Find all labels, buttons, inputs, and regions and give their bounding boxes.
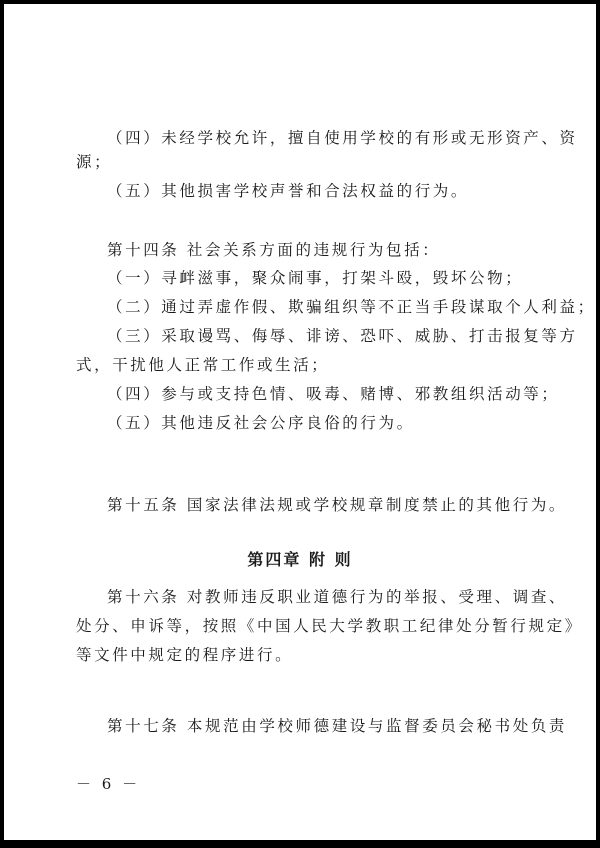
clause-14-item-2: （二）通过弄虚作假、欺骗组织等不正当手段谋取个人利益； <box>107 297 596 317</box>
document-page: （四）未经学校允许，擅自使用学校的有形或无形资产、资 源； （五）其他损害学校声… <box>4 4 596 840</box>
clause-15: 第十五条 国家法律法规或学校规章制度禁止的其他行为。 <box>107 495 567 515</box>
clause-13-item-4-line-1: （四）未经学校允许，擅自使用学校的有形或无形资产、资 <box>107 128 578 148</box>
clause-17-line-1: 第十七条 本规范由学校师德建设与监督委员会秘书处负责 <box>107 716 567 736</box>
clause-14-item-3-line-1: （三）采取谩骂、侮辱、诽谤、恐吓、威胁、打击报复等方 <box>107 326 578 346</box>
clause-14-item-3-line-2: 式，干扰他人正常工作或生活； <box>76 355 329 375</box>
clause-14-title: 第十四条 社会关系方面的违规行为包括： <box>107 240 440 260</box>
clause-14-item-1: （一）寻衅滋事，聚众闹事，打架斗殴，毁坏公物； <box>107 268 523 288</box>
page-number: － 6 － <box>76 774 140 794</box>
clause-13-item-4-line-2: 源； <box>76 152 112 172</box>
clause-16-line-1: 第十六条 对教师违反职业道德行为的举报、受理、调查、 <box>107 587 567 607</box>
clause-16-line-2: 处分、申诉等，按照《中国人民大学教职工纪律处分暂行规定》 <box>76 616 583 636</box>
clause-13-item-5: （五）其他损害学校声誉和合法权益的行为。 <box>107 181 469 201</box>
chapter-heading: 第四章 附 则 <box>4 550 596 570</box>
clause-14-item-5: （五）其他违反社会公序良俗的行为。 <box>107 413 415 433</box>
clause-16-line-3: 等文件中规定的程序进行。 <box>76 645 293 665</box>
clause-14-item-4: （四）参与或支持色情、吸毒、赌博、邪教组织活动等； <box>107 384 560 404</box>
